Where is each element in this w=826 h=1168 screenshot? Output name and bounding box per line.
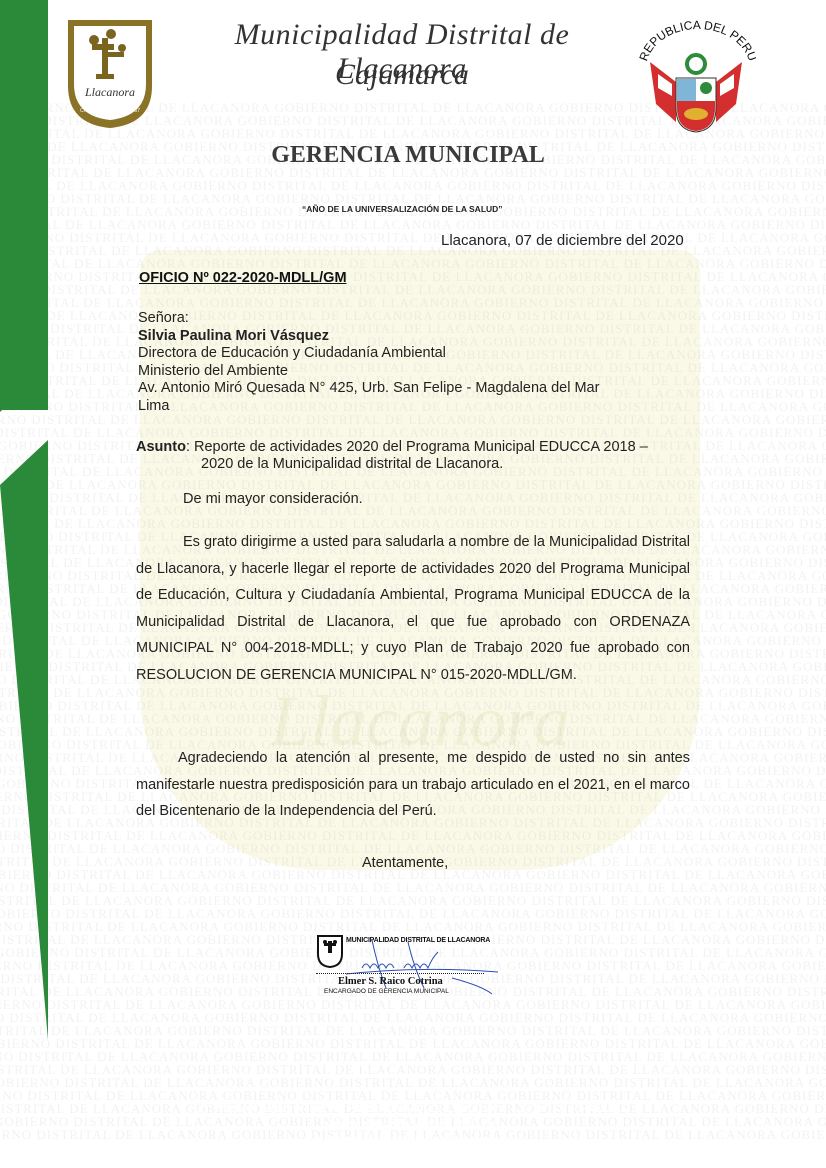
footer-email[interactable]: informes@munillacanora.gob.pe bbox=[0, 1132, 826, 1148]
greeting: De mi mayor consideración. bbox=[183, 491, 363, 507]
stamp-crest-icon bbox=[316, 934, 344, 968]
recipient-position: Directora de Educación y Ciudadanía Ambi… bbox=[138, 345, 599, 363]
document-reference: OFICIO Nº 022-2020-MDLL/GM bbox=[139, 270, 347, 286]
recipient-salutation: Señora: bbox=[138, 310, 599, 328]
subject-label: Asunto bbox=[136, 439, 186, 455]
department-title: GERENCIA MUNICIPAL bbox=[0, 142, 826, 169]
subject-line-1: : Reporte de actividades 2020 del Progra… bbox=[186, 439, 648, 455]
body-paragraph-1: Es grato dirigirme a usted para saludarl… bbox=[136, 529, 690, 688]
body-paragraph-2: Agradeciendo la atención al presente, me… bbox=[136, 745, 690, 825]
signer-name: Elmer S. Raico Cotrina bbox=[338, 976, 443, 987]
recipient-city: Lima bbox=[138, 398, 599, 416]
signature-line bbox=[316, 973, 484, 974]
footer-website[interactable]: www.munillacanora.gob.pe bbox=[0, 1116, 826, 1132]
recipient-organization: Ministerio del Ambiente bbox=[138, 363, 599, 381]
letter-body: GERENCIA MUNICIPAL “AÑO DE LA UNIVERSALI… bbox=[0, 0, 826, 1168]
recipient-address: Av. Antonio Miró Quesada N° 425, Urb. Sa… bbox=[138, 380, 599, 398]
subject-block: Asunto: Reporte de actividades 2020 del … bbox=[136, 439, 648, 473]
closing: Atentamente, bbox=[362, 855, 448, 871]
subject-line-2: 2020 de la Municipalidad distrital de Ll… bbox=[136, 456, 648, 473]
recipient-name: Silvia Paulina Mori Vásquez bbox=[138, 328, 599, 346]
place-date: Llacanora, 07 de diciembre del 2020 bbox=[441, 232, 684, 249]
signature-stamp: MUNICIPALIDAD DISTRITAL DE LLACANORA Elm… bbox=[312, 932, 502, 994]
year-motto: “AÑO DE LA UNIVERSALIZACIÓN DE LA SALUD” bbox=[302, 204, 503, 214]
footer-address: Jr. Miguel Grau N° 120 - Plaza de Armas … bbox=[0, 1100, 826, 1116]
signer-role: ENCARGADO DE GERENCIA MUNICIPAL bbox=[324, 988, 449, 995]
footer-contact: Jr. Miguel Grau N° 120 - Plaza de Armas … bbox=[0, 1100, 826, 1148]
recipient-block: Señora: Silvia Paulina Mori Vásquez Dire… bbox=[138, 310, 599, 415]
